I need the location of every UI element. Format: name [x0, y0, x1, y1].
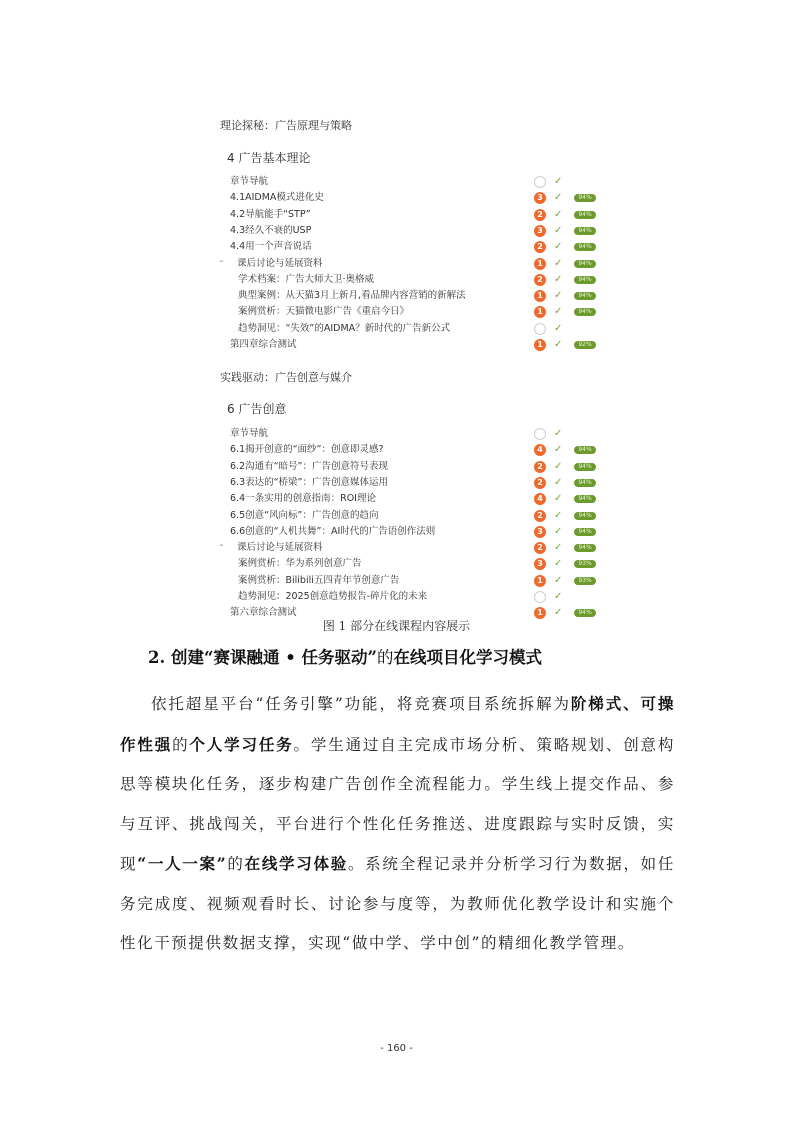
- task-count-badge: 3: [534, 192, 546, 204]
- outline-item[interactable]: 章节导航✓: [210, 174, 630, 190]
- bold-text: 个人学习任务: [189, 735, 293, 754]
- completion-badge: 94%: [574, 292, 596, 300]
- outline-item[interactable]: 6.2沟通有“暗号”：广告创意符号表现2✓94%: [210, 459, 630, 475]
- item-label: 案例赏析：Bilibili五四青年节创意广告: [238, 573, 399, 589]
- completion-badge: 94%: [574, 260, 596, 268]
- completion-badge: 94%: [574, 194, 596, 202]
- check-icon: ✓: [554, 508, 562, 524]
- check-icon: ✓: [554, 239, 562, 255]
- completion-badge: 93%: [574, 560, 596, 568]
- completion-badge: 94%: [574, 227, 596, 235]
- item-label: 典型案例：从天猫3月上新月,看品牌内容营销的新解法: [238, 288, 466, 304]
- item-label: 6.2沟通有“暗号”：广告创意符号表现: [230, 459, 388, 475]
- empty-circle-icon: [534, 591, 546, 603]
- check-icon: ✓: [554, 304, 562, 320]
- bold-text: 在线学习体验: [245, 854, 348, 873]
- text: 依托超星平台“任务引擎”功能，将竞赛项目系统拆解为: [151, 695, 571, 713]
- check-icon: ✓: [554, 174, 562, 190]
- chapter-title: 4 广告基本理论: [227, 149, 310, 166]
- check-icon: ✓: [554, 589, 562, 605]
- outline-item[interactable]: 6.3表达的“桥梁”：广告创意媒体运用2✓94%: [210, 475, 630, 491]
- check-icon: ✓: [554, 540, 562, 556]
- item-label: 学术档案：广告大师大卫·奥格威: [238, 272, 374, 288]
- outline-item[interactable]: 案例赏析：Bilibili五四青年节创意广告1✓93%: [210, 573, 630, 589]
- task-count-badge: 3: [534, 526, 546, 538]
- item-label: 6.5创意“风向标”：广告创意的趋向: [230, 508, 378, 524]
- task-count-badge: 2: [534, 477, 546, 489]
- check-icon: ✓: [554, 223, 562, 239]
- item-label: 4.4用一个声音说话: [230, 239, 312, 255]
- item-label: 4.2导航能手“STP”: [230, 207, 311, 223]
- bold-text: “一人一案”: [137, 854, 227, 873]
- empty-circle-icon: [534, 323, 546, 335]
- check-icon: ✓: [554, 556, 562, 572]
- item-label: 课后讨论与延展资料: [237, 256, 323, 272]
- check-icon: ✓: [554, 524, 562, 540]
- completion-badge: 94%: [574, 211, 596, 219]
- task-count-badge: 2: [534, 461, 546, 473]
- outline-item[interactable]: 4.4用一个声音说话2✓94%: [210, 239, 630, 255]
- completion-badge: 94%: [574, 463, 596, 471]
- section-heading: 2. 创建“赛课融通 • 任务驱动”的在线项目化学习模式: [148, 644, 542, 668]
- outline-item[interactable]: 6.6创意的“人机共舞”：AI时代的广告语创作法则3✓94%: [210, 524, 630, 540]
- completion-badge: 94%: [574, 495, 596, 503]
- outline-item[interactable]: 4.1AIDMA模式进化史3✓94%: [210, 190, 630, 206]
- outline-group[interactable]: ⌃课后讨论与延展资料2✓94%: [210, 540, 630, 556]
- check-icon: ✓: [554, 459, 562, 475]
- outline-item[interactable]: 案例赏析：天猫微电影广告《重启今日》1✓94%: [210, 304, 630, 320]
- item-label: 第四章综合测试: [230, 337, 297, 353]
- completion-badge: 93%: [574, 577, 596, 585]
- task-count-badge: 1: [534, 339, 546, 351]
- page-number: - 160 -: [0, 1043, 793, 1054]
- check-icon: ✓: [554, 288, 562, 304]
- check-icon: ✓: [554, 190, 562, 206]
- chevron-up-icon[interactable]: ⌃: [218, 540, 225, 556]
- item-label: 6.1揭开创意的“面纱”：创意即灵感?: [230, 442, 384, 458]
- outline-item[interactable]: 4.2导航能手“STP”2✓94%: [210, 207, 630, 223]
- task-count-badge: 2: [534, 510, 546, 522]
- task-count-badge: 1: [534, 306, 546, 318]
- task-count-badge: 4: [534, 444, 546, 456]
- item-label: 6.6创意的“人机共舞”：AI时代的广告语创作法则: [230, 524, 435, 540]
- completion-badge: 94%: [574, 308, 596, 316]
- outline-item[interactable]: 第四章综合测试1✓92%: [210, 337, 630, 353]
- task-count-badge: 1: [534, 290, 546, 302]
- outline-item[interactable]: 典型案例：从天猫3月上新月,看品牌内容营销的新解法1✓94%: [210, 288, 630, 304]
- task-count-badge: 1: [534, 575, 546, 587]
- task-count-badge: 2: [534, 542, 546, 554]
- heading-part3: 在线项目化学习模式: [394, 648, 543, 667]
- item-label: 4.3经久不衰的USP: [230, 223, 311, 239]
- outline-item[interactable]: 6.5创意“风向标”：广告创意的趋向2✓94%: [210, 508, 630, 524]
- completion-badge: 94%: [574, 512, 596, 520]
- empty-circle-icon: [534, 428, 546, 440]
- task-count-badge: 1: [534, 258, 546, 270]
- check-icon: ✓: [554, 256, 562, 272]
- completion-badge: 94%: [574, 544, 596, 552]
- completion-badge: 94%: [574, 276, 596, 284]
- item-label: 4.1AIDMA模式进化史: [230, 190, 324, 206]
- item-label: 趋势洞见：“失效”的AIDMA？新时代的广告新公式: [238, 321, 450, 337]
- check-icon: ✓: [554, 491, 562, 507]
- heading-part2: 的: [377, 648, 394, 667]
- text: 。学生通过自主完成市场分析、策略规划、创意构思等模块化任务，逐步构建广告创作全流…: [120, 736, 675, 874]
- task-count-badge: 4: [534, 493, 546, 505]
- outline-item[interactable]: 学术档案：广告大师大卫·奥格威2✓94%: [210, 272, 630, 288]
- outline-item[interactable]: 6.4一条实用的创意指南：ROI理论4✓94%: [210, 491, 630, 507]
- completion-badge: 94%: [574, 479, 596, 487]
- task-count-badge: 3: [534, 558, 546, 570]
- heading-part1: 2. 创建“赛课融通 • 任务驱动”: [148, 648, 377, 667]
- item-label: 章节导航: [230, 174, 268, 190]
- item-label: 6.4一条实用的创意指南：ROI理论: [230, 491, 376, 507]
- outline-item[interactable]: 章节导航✓: [210, 426, 630, 442]
- body-paragraph: 依托超星平台“任务引擎”功能，将竞赛项目系统拆解为阶梯式、可操作性强的个人学习任…: [120, 684, 675, 964]
- section-title: 实践驱动：广告创意与媒介: [220, 369, 352, 385]
- outline-item[interactable]: 6.1揭开创意的“面纱”：创意即灵感?4✓94%: [210, 442, 630, 458]
- outline-item[interactable]: 4.3经久不衰的USP3✓94%: [210, 223, 630, 239]
- completion-badge: 94%: [574, 528, 596, 536]
- empty-circle-icon: [534, 176, 546, 188]
- chevron-up-icon[interactable]: ⌃: [218, 256, 225, 272]
- check-icon: ✓: [554, 207, 562, 223]
- item-label: 案例赏析：华为系列创意广告: [238, 556, 362, 572]
- task-count-badge: 2: [534, 209, 546, 221]
- chapter-title: 6 广告创意: [227, 400, 286, 417]
- check-icon: ✓: [554, 337, 562, 353]
- outline-group[interactable]: ⌃课后讨论与延展资料1✓94%: [210, 256, 630, 272]
- figure-caption: 图 1 部分在线课程内容展示: [0, 617, 793, 634]
- item-label: 章节导航: [230, 426, 268, 442]
- task-count-badge: 3: [534, 225, 546, 237]
- outline-item[interactable]: 案例赏析：华为系列创意广告3✓93%: [210, 556, 630, 572]
- check-icon: ✓: [554, 426, 562, 442]
- text: 的: [227, 855, 244, 873]
- task-count-badge: 2: [534, 274, 546, 286]
- completion-badge: 94%: [574, 446, 596, 454]
- check-icon: ✓: [554, 321, 562, 337]
- item-label: 趋势洞见：2025创意趋势报告-碎片化的未来: [238, 589, 427, 605]
- check-icon: ✓: [554, 442, 562, 458]
- check-icon: ✓: [554, 475, 562, 491]
- completion-badge: 94%: [574, 243, 596, 251]
- check-icon: ✓: [554, 573, 562, 589]
- item-label: 课后讨论与延展资料: [237, 540, 323, 556]
- item-label: 案例赏析：天猫微电影广告《重启今日》: [238, 304, 409, 320]
- item-label: 6.3表达的“桥梁”：广告创意媒体运用: [230, 475, 388, 491]
- outline-item[interactable]: 趋势洞见：2025创意趋势报告-碎片化的未来✓: [210, 589, 630, 605]
- section-title: 理论探秘：广告原理与策略: [220, 117, 352, 133]
- text: 的: [172, 736, 189, 754]
- task-count-badge: 2: [534, 241, 546, 253]
- check-icon: ✓: [554, 272, 562, 288]
- completion-badge: 92%: [574, 341, 596, 349]
- outline-item[interactable]: 趋势洞见：“失效”的AIDMA？新时代的广告新公式✓: [210, 321, 630, 337]
